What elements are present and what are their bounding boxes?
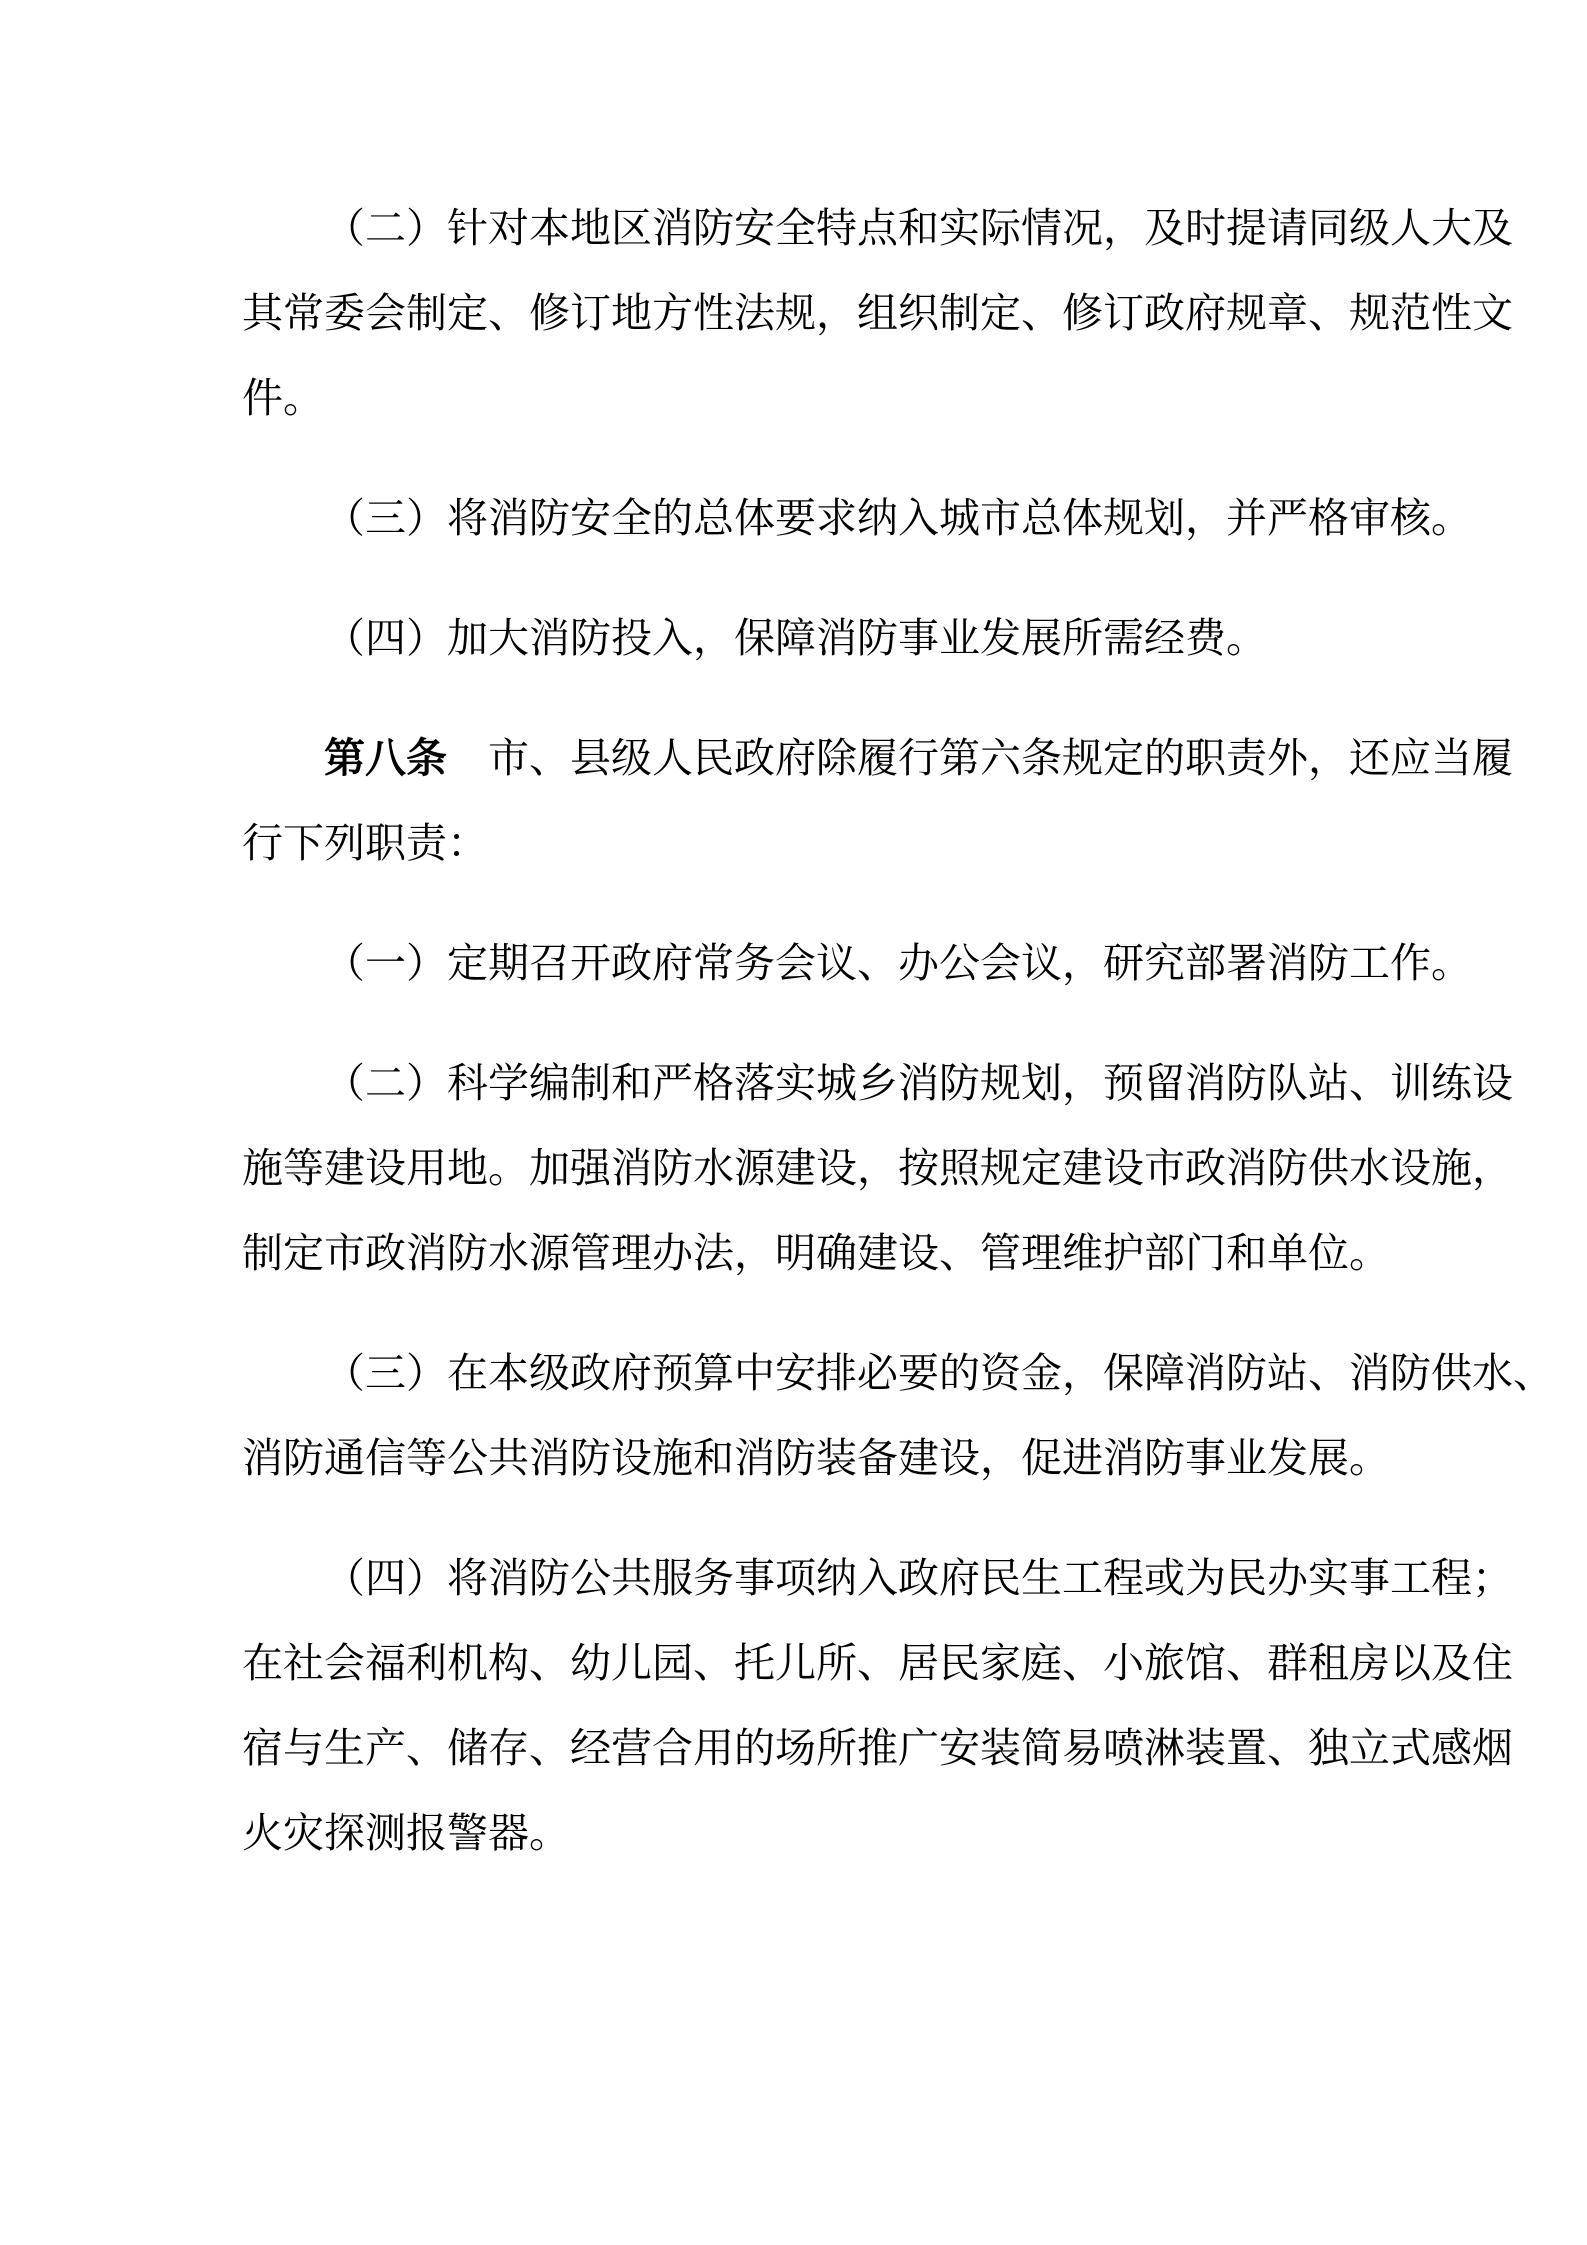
text-line: （一）定期召开政府常务会议、办公会议，研究部署消防工作。 bbox=[242, 921, 1532, 1006]
paragraph: （四）将消防公共服务事项纳入政府民生工程或为民办实事工程；在社会福利机构、幼儿园… bbox=[242, 1536, 1532, 1876]
document-page: （二）针对本地区消防安全特点和实际情况，及时提请同级人大及其常委会制定、修订地方… bbox=[0, 0, 1587, 2245]
text-line: （二）科学编制和严格落实城乡消防规划，预留消防队站、训练设 bbox=[242, 1041, 1532, 1126]
text-line: 宿与生产、储存、经营合用的场所推广安装简易喷淋装置、独立式感烟 bbox=[242, 1706, 1532, 1791]
paragraph: （四）加大消防投入，保障消防事业发展所需经费。 bbox=[242, 596, 1532, 681]
text-line: （三）将消防安全的总体要求纳入城市总体规划，并严格审核。 bbox=[242, 476, 1532, 561]
article-number: 第八条 bbox=[324, 735, 447, 781]
document-content: （二）针对本地区消防安全特点和实际情况，及时提请同级人大及其常委会制定、修订地方… bbox=[242, 186, 1532, 1911]
text-line: 施等建设用地。加强消防水源建设，按照规定建设市政消防供水设施， bbox=[242, 1126, 1532, 1211]
text-line: （二）针对本地区消防安全特点和实际情况，及时提请同级人大及 bbox=[242, 186, 1532, 271]
text-line: 第八条 市、县级人民政府除履行第六条规定的职责外，还应当履 bbox=[242, 716, 1532, 801]
text-line: （四）加大消防投入，保障消防事业发展所需经费。 bbox=[242, 596, 1532, 681]
paragraph: （三）在本级政府预算中安排必要的资金，保障消防站、消防供水、消防通信等公共消防设… bbox=[242, 1331, 1532, 1501]
text-line: （三）在本级政府预算中安排必要的资金，保障消防站、消防供水、 bbox=[242, 1331, 1532, 1416]
text-line: 件。 bbox=[242, 356, 1532, 441]
text-line: 消防通信等公共消防设施和消防装备建设，促进消防事业发展。 bbox=[242, 1416, 1532, 1501]
text-line: 制定市政消防水源管理办法，明确建设、管理维护部门和单位。 bbox=[242, 1211, 1532, 1296]
paragraph: （二）针对本地区消防安全特点和实际情况，及时提请同级人大及其常委会制定、修订地方… bbox=[242, 186, 1532, 441]
text-line: 行下列职责： bbox=[242, 801, 1532, 886]
text-line: 在社会福利机构、幼儿园、托儿所、居民家庭、小旅馆、群租房以及住 bbox=[242, 1621, 1532, 1706]
text-line: 其常委会制定、修订地方性法规，组织制定、修订政府规章、规范性文 bbox=[242, 271, 1532, 356]
paragraph: （一）定期召开政府常务会议、办公会议，研究部署消防工作。 bbox=[242, 921, 1532, 1006]
paragraph: （三）将消防安全的总体要求纳入城市总体规划，并严格审核。 bbox=[242, 476, 1532, 561]
paragraph: 第八条 市、县级人民政府除履行第六条规定的职责外，还应当履行下列职责： bbox=[242, 716, 1532, 886]
text-line: 火灾探测报警器。 bbox=[242, 1791, 1532, 1876]
text-line: （四）将消防公共服务事项纳入政府民生工程或为民办实事工程； bbox=[242, 1536, 1532, 1621]
paragraph: （二）科学编制和严格落实城乡消防规划，预留消防队站、训练设施等建设用地。加强消防… bbox=[242, 1041, 1532, 1296]
